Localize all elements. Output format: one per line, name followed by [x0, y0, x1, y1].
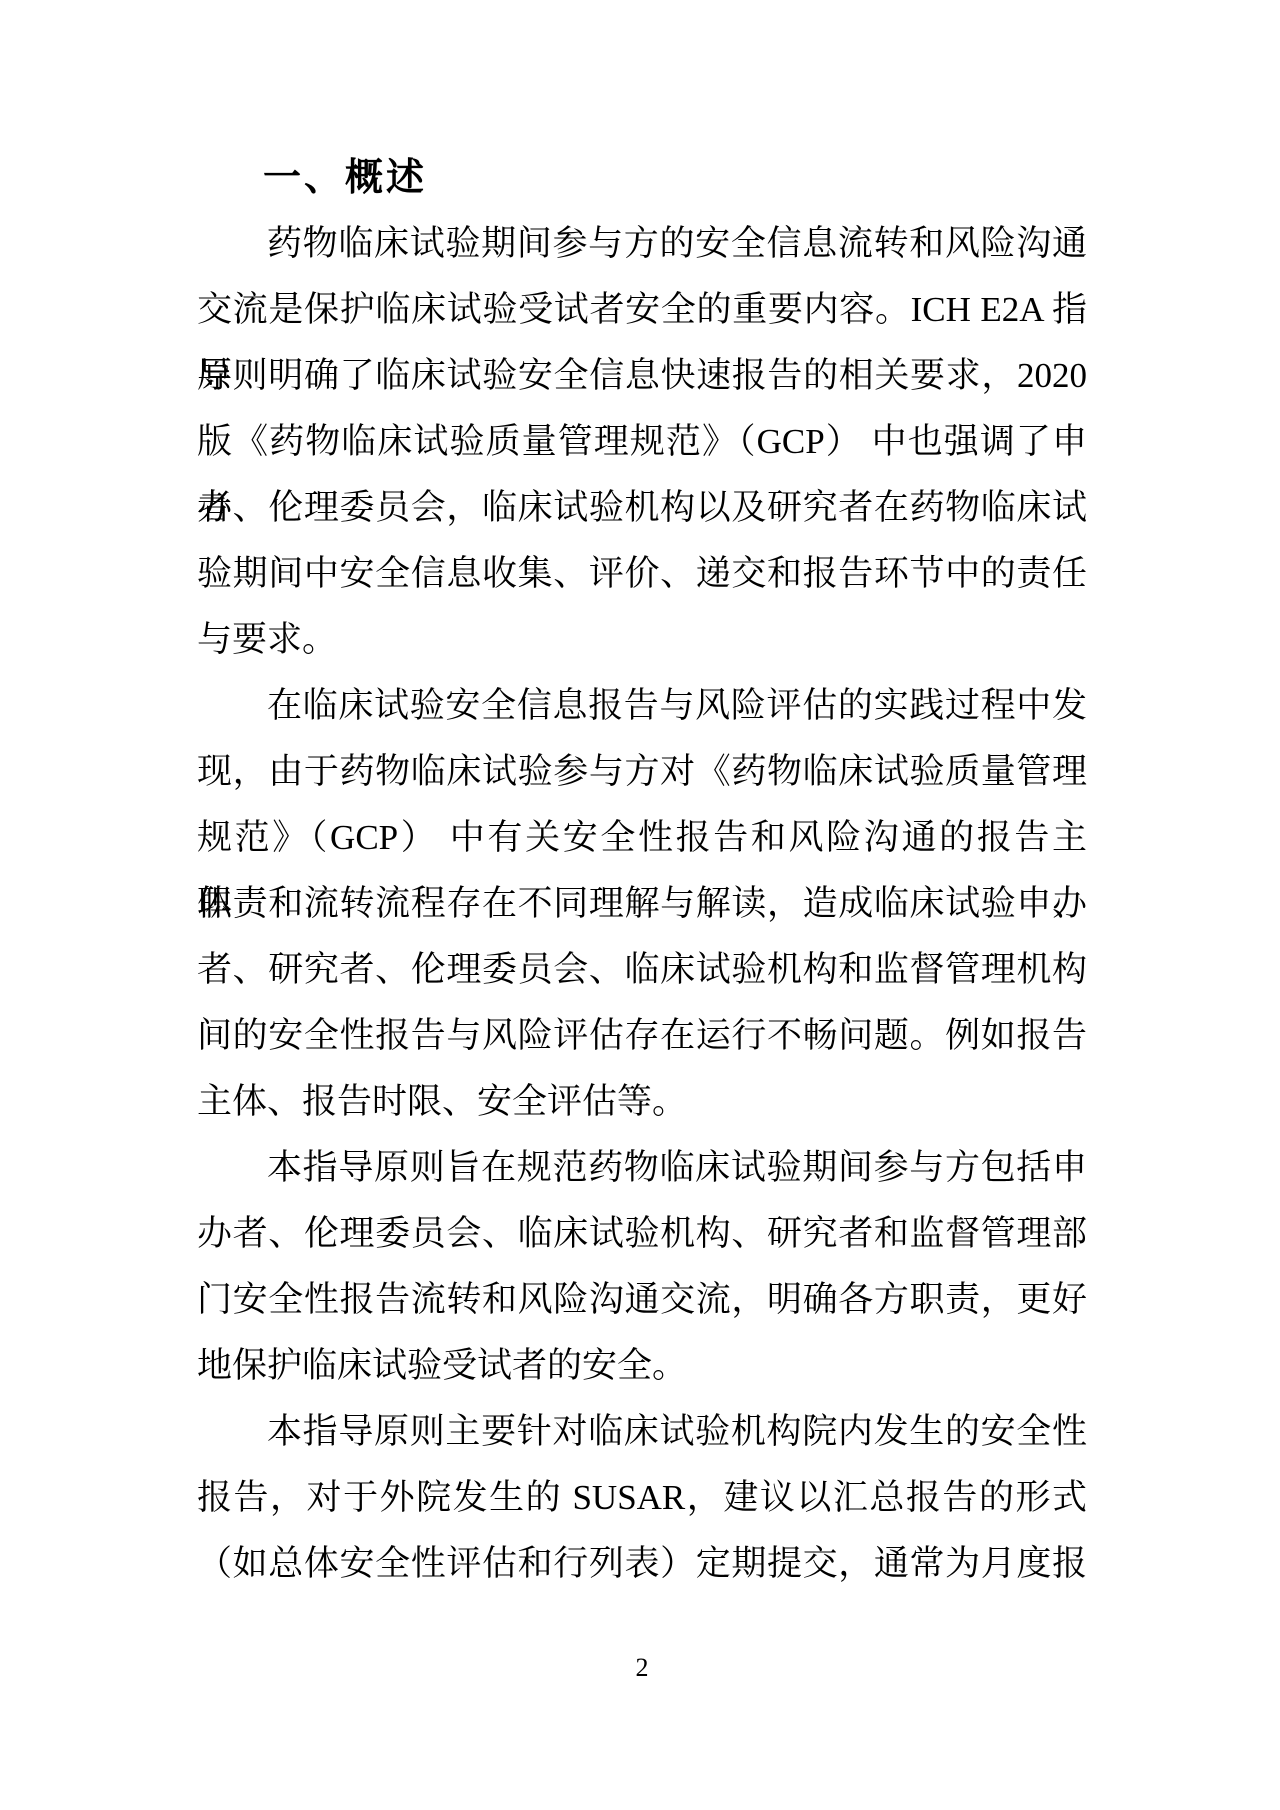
text-line: 办者、伦理委员会、临床试验机构、研究者和监督管理部: [197, 1201, 1087, 1267]
paragraph-2: 在临床试验安全信息报告与风险评估的实践过程中发 现，由于药物临床试验参与方对《药…: [197, 673, 1087, 1135]
text-line: 职责和流转流程存在不同理解与解读，造成临床试验申办: [197, 871, 1087, 937]
text-line: 间的安全性报告与风险评估存在运行不畅问题。例如报告: [197, 1003, 1087, 1069]
text-line: 门安全性报告流转和风险沟通交流，明确各方职责，更好: [197, 1267, 1087, 1333]
text-line: 报告，对于外院发生的 SUSAR，建议以汇总报告的形式: [197, 1465, 1087, 1531]
text-line: 交流是保护临床试验受试者安全的重要内容。ICH E2A 指导: [197, 277, 1087, 343]
text-line: 与要求。: [197, 607, 1087, 673]
text-line: 药物临床试验期间参与方的安全信息流转和风险沟通: [197, 211, 1087, 277]
text-line: 版《药物临床试验质量管理规范》（GCP） 中也强调了申办: [197, 409, 1087, 475]
text-line: 者、伦理委员会，临床试验机构以及研究者在药物临床试: [197, 475, 1087, 541]
text-line: 原则明确了临床试验安全信息快速报告的相关要求，2020: [197, 343, 1087, 409]
text-line: 主体、报告时限、安全评估等。: [197, 1069, 1087, 1135]
section-heading: 一、概述: [197, 145, 1087, 211]
text-line: 规范》（GCP） 中有关安全性报告和风险沟通的报告主体、: [197, 805, 1087, 871]
paragraph-3: 本指导原则旨在规范药物临床试验期间参与方包括申 办者、伦理委员会、临床试验机构、…: [197, 1135, 1087, 1399]
text-line: 地保护临床试验受试者的安全。: [197, 1333, 1087, 1399]
text-line: 者、研究者、伦理委员会、临床试验机构和监督管理机构: [197, 937, 1087, 1003]
text-line: 现，由于药物临床试验参与方对《药物临床试验质量管理: [197, 739, 1087, 805]
text-line: 本指导原则旨在规范药物临床试验期间参与方包括申: [197, 1135, 1087, 1201]
paragraph-4: 本指导原则主要针对临床试验机构院内发生的安全性 报告，对于外院发生的 SUSAR…: [197, 1399, 1087, 1597]
text-line: （如总体安全性评估和行列表）定期提交，通常为月度报: [197, 1531, 1087, 1597]
document-page: 一、概述 药物临床试验期间参与方的安全信息流转和风险沟通 交流是保护临床试验受试…: [0, 0, 1280, 1810]
text-line: 在临床试验安全信息报告与风险评估的实践过程中发: [197, 673, 1087, 739]
text-line: 验期间中安全信息收集、评价、递交和报告环节中的责任: [197, 541, 1087, 607]
page-number: 2: [197, 1655, 1087, 1681]
paragraph-1: 药物临床试验期间参与方的安全信息流转和风险沟通 交流是保护临床试验受试者安全的重…: [197, 211, 1087, 673]
text-line: 本指导原则主要针对临床试验机构院内发生的安全性: [197, 1399, 1087, 1465]
